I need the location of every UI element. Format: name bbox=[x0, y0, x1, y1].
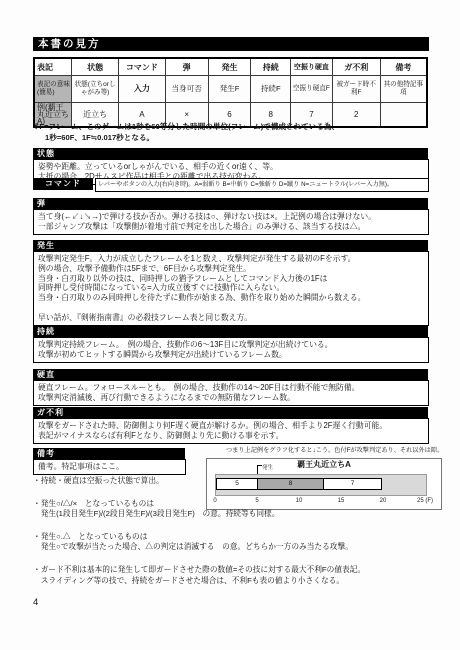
text-line: 攻撃をガードされた時、防御側より何F遅く硬直が解けるか。例の場合、相手より2F遅… bbox=[38, 421, 424, 431]
bullet-item: ・発生○.△ となっているものは 発生○で攻撃が当たった場合、△の判定は消滅する… bbox=[33, 532, 435, 553]
table-cell: 持続F bbox=[251, 76, 291, 103]
chart-note: つまり上記例をグラフ化すると↓こう。色付Fが攻撃判定あり、それ以外は隙。 bbox=[226, 447, 440, 455]
text-line: ・発生○/△/× となっているものは bbox=[33, 499, 435, 510]
table-cell: 当身可否 bbox=[165, 76, 208, 103]
text-line: 表記がマイナスならば有利Fとなり、防御側より先に動ける事を示す。 bbox=[38, 431, 424, 441]
table-cell: 被ガード時不利F bbox=[332, 76, 380, 103]
section-heading-joutai: 状態 bbox=[33, 148, 428, 159]
chart-annotation: 発生 bbox=[257, 465, 273, 474]
section-box-tama: 当て身(←↙↓↘→)で弾ける技か否か。弾ける技は○、弾けない技は×。上記例の場合… bbox=[33, 209, 429, 235]
table-header-cell: 状態 bbox=[72, 58, 119, 76]
bullet-notes: ・持続・硬直は空振った状態で算出。 ・発生○/△/× となっているものは 発生(… bbox=[33, 476, 435, 598]
bullet-item: ・持続・硬直は空振った状態で算出。 bbox=[33, 476, 435, 487]
bullet-item: ・発生○/△/× となっているものは 発生(1段目発生F)/(2段目発生F)/(… bbox=[33, 499, 435, 520]
table-header-cell: 表記 bbox=[34, 58, 72, 76]
table-cell: 表記の意味(簡易) bbox=[34, 76, 72, 103]
frame-note-line: ※F=フレーム、このゲームは1秒を60等分した時間の単位(フレーム)で構成されて… bbox=[33, 122, 433, 133]
section-heading-kouchoku: 硬直 bbox=[33, 369, 428, 380]
text-line: 例の場合、攻撃予備動作は5Fまで、6F目から攻撃判定発生。 bbox=[38, 264, 424, 274]
chart-annotation-label: 発生 bbox=[262, 465, 273, 471]
section-heading-tama: 弾 bbox=[33, 198, 428, 209]
section-box-hassei: 攻撃判定発生F。入力が成立したフレームを1と数え、攻撃判定が発生する最初のFを示… bbox=[33, 251, 429, 326]
table-cell: 状態(立ちorしゃがみ等) bbox=[72, 76, 119, 103]
table-header-cell: 発生 bbox=[208, 58, 251, 76]
table-cell: 発生F bbox=[208, 76, 251, 103]
table-row-meaning: 表記の意味(簡易) 状態(立ちorしゃがみ等) 入力 当身可否 発生F 持続F … bbox=[34, 76, 427, 103]
table-cell: 入力 bbox=[118, 76, 165, 103]
text-line: 一部ジャンプ攻撃は「攻撃側が着地寸前で判定を出した場合」のみ弾ける、該当する技は… bbox=[38, 222, 424, 232]
table-header-cell: 持続 bbox=[251, 58, 291, 76]
page-number: 4 bbox=[33, 597, 38, 608]
text-line: ・発生○.△ となっているものは bbox=[33, 532, 435, 543]
section-heading-hassei: 発生 bbox=[33, 240, 428, 251]
section-heading-command: コマンド bbox=[33, 178, 93, 190]
section-box-command: レバーやボタンの入力(右向き時)。A=弱斬り B=中斬り C=強斬り D=蹴り … bbox=[95, 178, 429, 192]
table-header-cell: コマンド bbox=[118, 58, 165, 76]
text-line: 当身・白刃取り以外の技は、同時押しの猶予フレームとしてコマンド入力後の1Fは bbox=[38, 274, 424, 284]
table-header-cell: 備考 bbox=[380, 58, 427, 76]
table-cell: 其の他特記事項 bbox=[380, 76, 427, 103]
table-header-row: 表記 状態 コマンド 弾 発生 持続 空振り硬直 ガ不利 備考 bbox=[34, 58, 427, 76]
table-header-cell: 弾 bbox=[165, 58, 208, 76]
text-line: 姿勢や距離。立っているorしゃがんでいる、相手の近くor遠く、等。 bbox=[38, 162, 424, 172]
legend-table: 表記 状態 コマンド 弾 発生 持続 空振り硬直 ガ不利 備考 表記の意味(簡易… bbox=[33, 57, 428, 128]
text-line: 硬直フレーム。フォロースルーとも。 例の場合、技動作の14～20F目は行動不能で… bbox=[38, 383, 424, 393]
text-line: 攻撃判定持続フレーム。 例の場合、技動作の6～13F目に攻撃判定が出続けている。 bbox=[38, 340, 424, 350]
section-heading-bikou: 備考 bbox=[33, 448, 185, 459]
text-line: 発生(1段目発生F)/(2段目発生F)/(3段目発生F) の意。持続等も同様。 bbox=[33, 509, 435, 520]
section-box-gafuri: 攻撃をガードされた時、防御側より何F遅く硬直が解けるか。例の場合、相手より2F遅… bbox=[33, 418, 429, 444]
text-line: 備考。特記事項はここ。 bbox=[38, 462, 181, 472]
text-line: 攻撃判定消滅後、再び行動できるようになるまでの無防備なフレーム数。 bbox=[38, 393, 424, 403]
text-line: 攻撃が初めてヒットする瞬間から攻撃判定が出続けているフレーム数。 bbox=[38, 350, 424, 360]
page-title: 本書の見方 bbox=[33, 37, 429, 51]
chart-annotation-layer: 発生 bbox=[215, 465, 425, 474]
section-heading-gafuri: ガ不利 bbox=[33, 407, 428, 418]
document-page: 本書の見方 表記 状態 コマンド 弾 発生 持続 空振り硬直 ガ不利 備考 表記… bbox=[0, 0, 460, 650]
text-line: 早い話が、『剣術指南書』の必殺技フレーム表と同じ数え方。 bbox=[38, 313, 424, 323]
text-line: 攻撃判定発生F。入力が成立したフレームを1と数え、攻撃判定が発生する最初のFを示… bbox=[38, 254, 424, 264]
text-line: 当て身(←↙↓↘→)で弾ける技か否か。弾ける技は○、弾けない技は×。上記例の場合… bbox=[38, 212, 424, 222]
text-line: ・持続・硬直は空振った状態で算出。 bbox=[33, 476, 164, 485]
text-line bbox=[38, 303, 424, 313]
text-line: 同時押し受付時間になっている=入力成立後すぐに技動作に入らない。 bbox=[38, 283, 424, 293]
table-cell: 空振り硬直F bbox=[291, 76, 333, 103]
text-line: スライディング等の技で、持続をガードさせた場合は、不利Fも表の値より小さくなる。 bbox=[33, 576, 435, 587]
section-box-bikou: 備考。特記事項はここ。 bbox=[33, 459, 186, 475]
text-line: ・ガード不利は基本的に発生して即ガードさせた際の数値=その技に対する最大不利Fの… bbox=[33, 565, 435, 576]
table-header-cell: 空振り硬直 bbox=[291, 58, 333, 76]
section-box-jizoku: 攻撃判定持続フレーム。 例の場合、技動作の6～13F目に攻撃判定が出続けている。… bbox=[33, 337, 429, 363]
bullet-item: ・ガード不利は基本的に発生して即ガードさせた際の数値=その技に対する最大不利Fの… bbox=[33, 565, 435, 586]
frame-note: ※F=フレーム、このゲームは1秒を60等分した時間の単位(フレーム)で構成されて… bbox=[33, 122, 433, 143]
section-heading-jizoku: 持続 bbox=[33, 326, 428, 337]
frame-note-line: 1秒=60F、1F≒0.017秒となる。 bbox=[33, 133, 433, 144]
table-header-cell: ガ不利 bbox=[332, 58, 380, 76]
text-line: 発生○で攻撃が当たった場合、△の判定は消滅する の意。どちらか一方のみ当たる攻撃… bbox=[33, 542, 435, 553]
section-box-kouchoku: 硬直フレーム。フォロースルーとも。 例の場合、技動作の14～20F目は行動不能で… bbox=[33, 380, 429, 406]
text-line: 当身・白刃取りのみ同時押しを待たずに動作が始まる為、動作を取り始めた瞬間から数え… bbox=[38, 293, 424, 303]
